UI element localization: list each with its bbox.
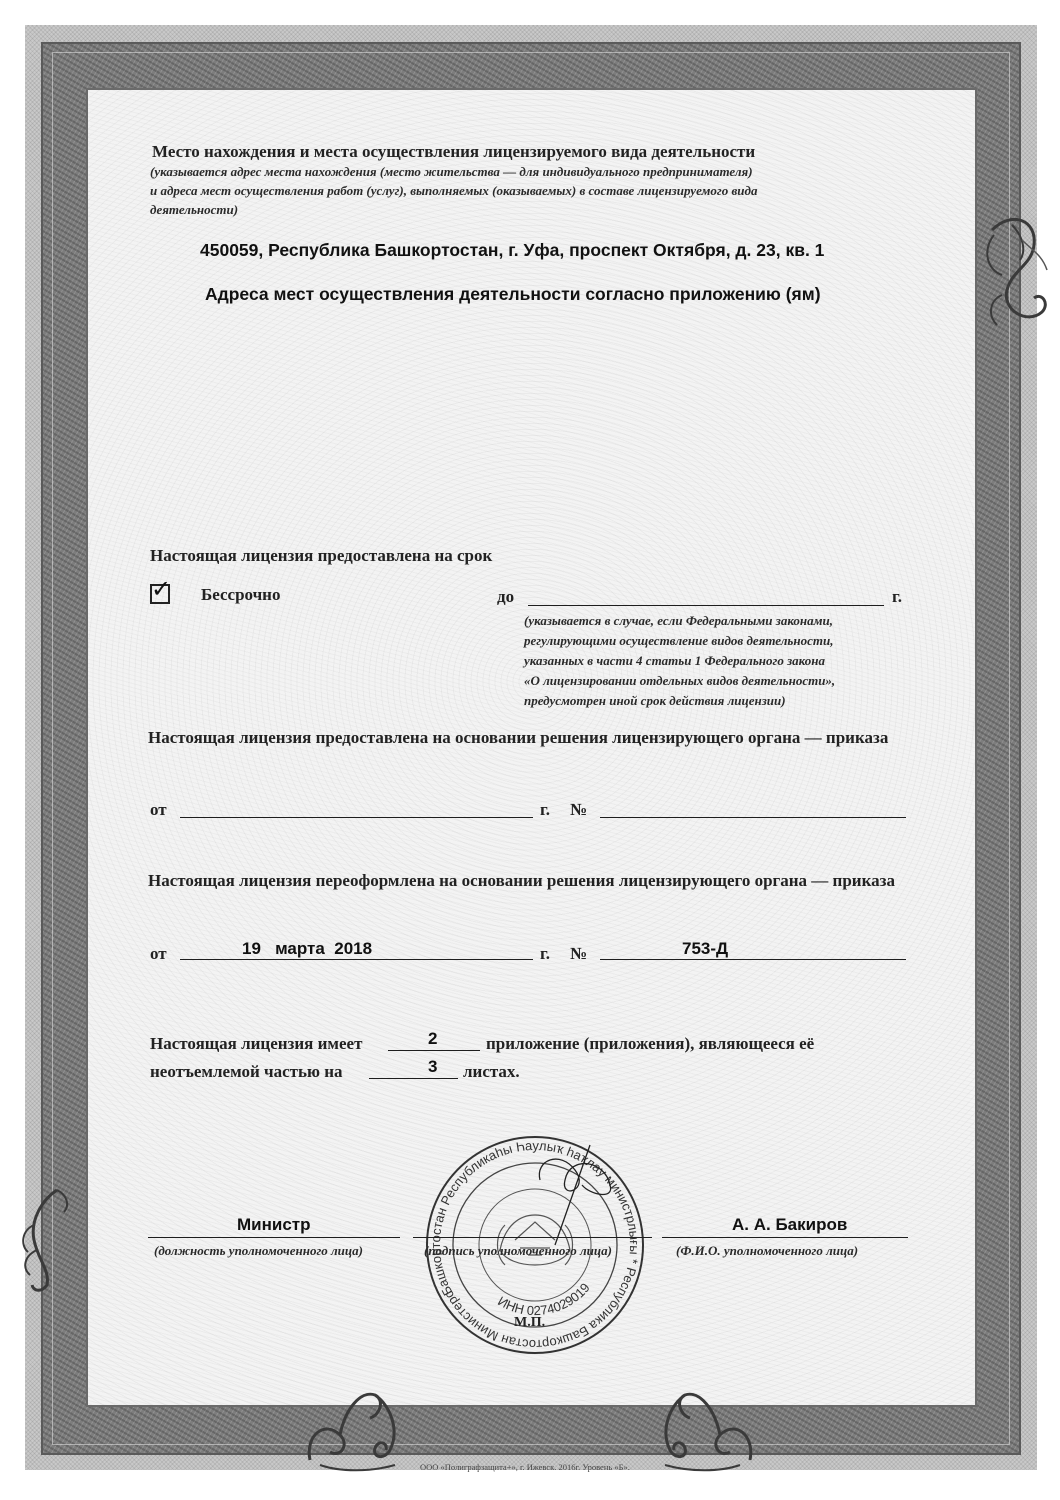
granted-number-label: № [570,800,587,820]
appendix-line1-prefix: Настоящая лицензия имеет [150,1034,362,1054]
name-caption: (Ф.И.О. уполномоченного лица) [676,1241,858,1260]
until-year-suffix: г. [892,587,902,607]
until-hint-line-2: регулирующими осуществление видов деятел… [524,631,833,650]
until-date-line [528,605,884,606]
seal-place-label: М.П. [514,1315,545,1331]
perpetual-label: Бессрочно [201,585,280,605]
authorized-name-value: А. А. Бакиров [732,1215,847,1235]
signature-line [413,1237,652,1238]
granted-section-title: Настоящая лицензия предоставлена на осно… [148,728,888,748]
reissued-section-title: Настоящая лицензия переоформлена на осно… [148,871,895,891]
reissued-number-value: 753-Д [682,939,728,959]
until-label: до [497,587,514,607]
until-hint-line-5: предусмотрен иной срок действия лицензии… [524,691,786,710]
granted-number-line [600,817,906,818]
sheet-count-value: 3 [428,1057,437,1077]
authorized-position-value: Министр [237,1215,311,1235]
name-line [662,1237,908,1238]
until-hint-line-1: (указывается в случае, если Федеральными… [524,611,833,630]
appendix-count-line [388,1050,480,1051]
acanthus-ornament-icon [972,200,1052,340]
signature-caption: (подпись уполномоченного лица) [424,1241,612,1260]
until-hint-line-4: «О лицензировании отдельных видов деятел… [524,671,835,690]
acanthus-ornament-icon [12,1180,72,1300]
appendix-line2-prefix: неотъемлемой частью на [150,1062,343,1082]
reissued-number-label: № [570,944,587,964]
position-caption: (должность уполномоченного лица) [154,1241,363,1260]
sheet-count-line [369,1078,458,1079]
granted-year-suffix: г. [540,800,550,820]
location-hint-line-3: деятельности) [150,200,238,219]
acanthus-ornament-icon [300,1380,410,1480]
location-hint-line-2: и адреса мест осуществления работ (услуг… [150,181,757,200]
license-address: 450059, Республика Башкортостан, г. Уфа,… [200,240,824,261]
granted-from-label: от [150,800,167,820]
appendix-line1-suffix: приложение (приложения), являющееся её [486,1034,814,1054]
appendix-count-value: 2 [428,1029,437,1049]
reissued-number-line [600,959,906,960]
location-section-title: Место нахождения и места осуществления л… [152,142,755,162]
term-section-title: Настоящая лицензия предоставлена на срок [150,546,492,566]
location-hint-line-1: (указывается адрес места нахождения (мес… [150,162,753,181]
reissued-date-line [180,959,533,960]
granted-date-line [180,817,533,818]
acanthus-ornament-icon [650,1380,760,1480]
checkmark-icon: ✓ [151,577,171,601]
signature-mark [520,1140,620,1250]
activity-addresses-note: Адреса мест осуществления деятельности с… [205,284,821,305]
reissued-date-value: 19 марта 2018 [242,939,372,959]
position-line [148,1237,400,1238]
reissued-from-label: от [150,944,167,964]
reissued-year-suffix: г. [540,944,550,964]
appendix-line2-suffix: листах. [463,1062,520,1082]
until-hint-line-3: указанных в части 4 статьи 1 Федеральног… [524,651,825,670]
printer-imprint: ООО «Полиграфзащита+», г. Ижевск. 2016г.… [420,1462,630,1472]
perpetual-checkbox[interactable]: ✓ [150,584,170,604]
